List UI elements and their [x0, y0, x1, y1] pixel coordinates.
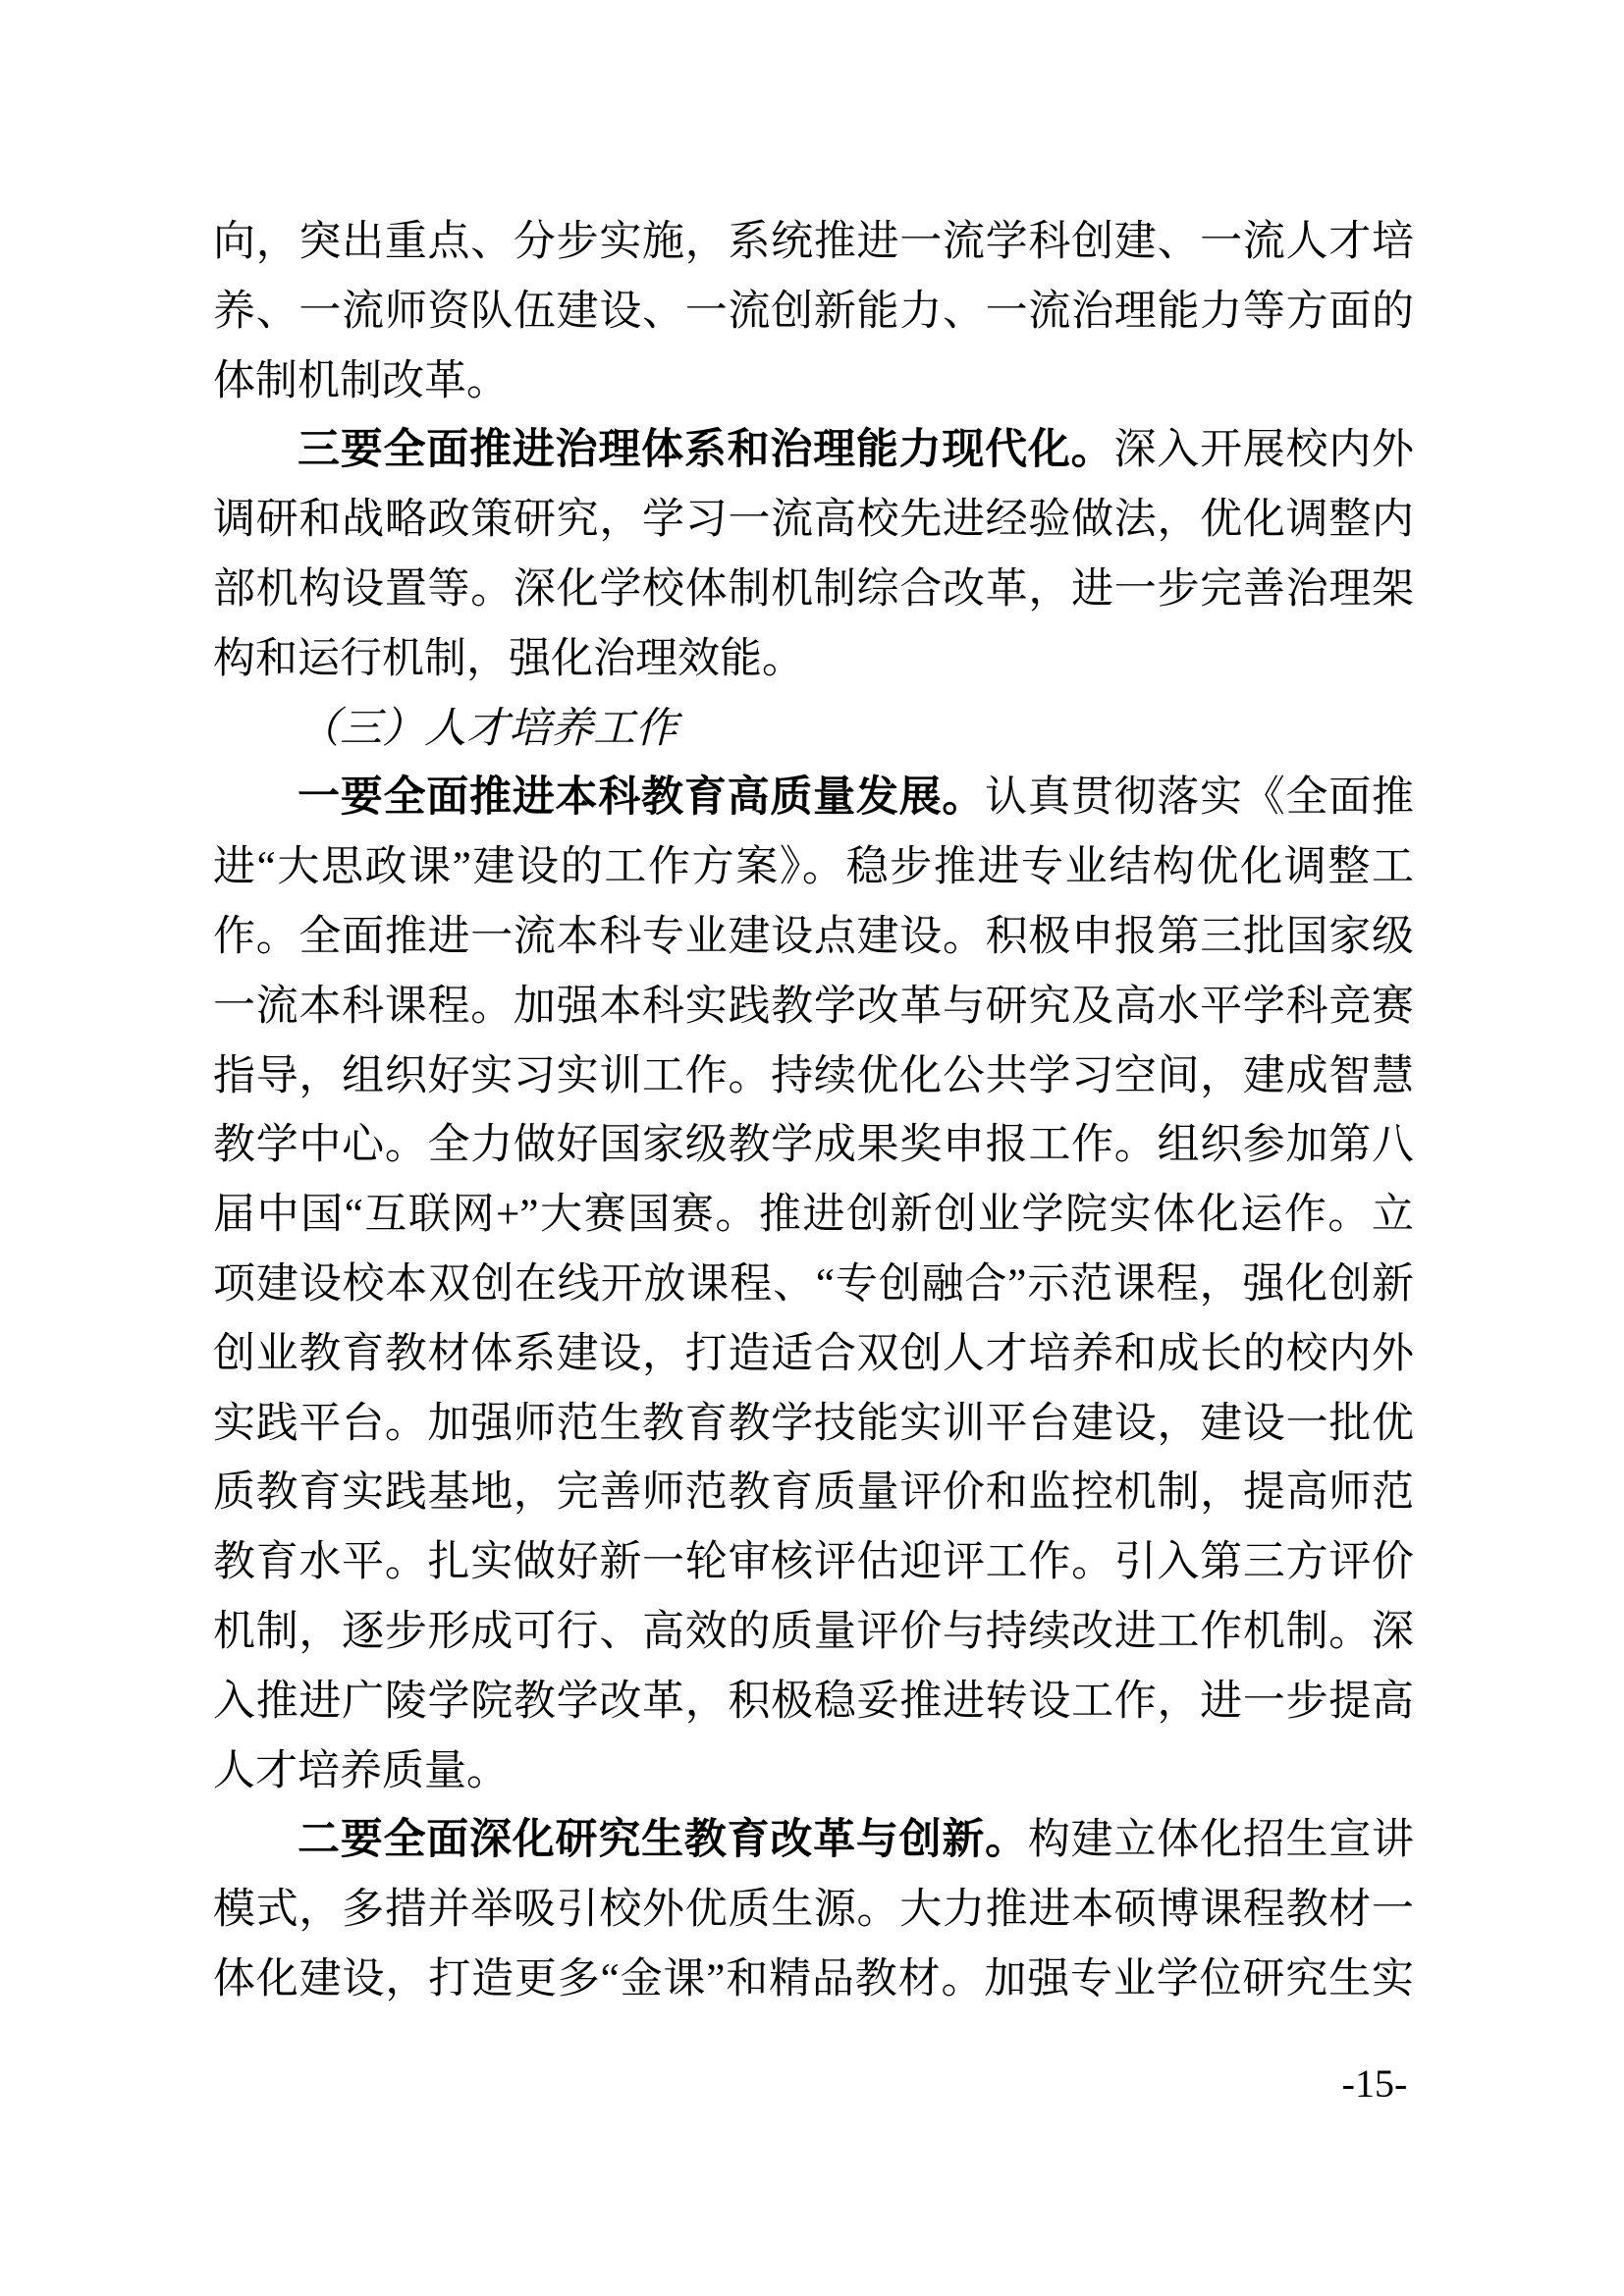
text-segment-normal: 机制，逐步形成可行、高效的质量评价与持续改进工作机制。深 [213, 1609, 1414, 1655]
text-segment-normal: 届中国“互联网+”大赛国赛。推进创新创业学院实体化运作。立 [213, 1192, 1414, 1238]
text-segment-normal: 作。全面推进一流本科专业建设点建设。积极申报第三批国家级 [213, 914, 1414, 960]
text-segment-normal: 创业教育教材体系建设，打造适合双创人才培养和成长的校内外 [213, 1331, 1414, 1377]
text-segment-normal: 调研和战略政策研究，学习一流高校先进经验做法，优化调整内 [213, 497, 1414, 543]
text-segment-normal: 教育水平。扎实做好新一轮审核评估迎评工作。引入第三方评价 [213, 1539, 1414, 1585]
text-line: 届中国“互联网+”大赛国赛。推进创新创业学院实体化运作。立 [213, 1181, 1414, 1251]
text-segment-normal: 教学中心。全力做好国家级教学成果奖申报工作。组织参加第八 [213, 1122, 1414, 1168]
text-segment-normal: 入推进广陵学院教学改革，积极稳妥推进转设工作，进一步提高 [213, 1679, 1414, 1725]
text-line: 教学中心。全力做好国家级教学成果奖申报工作。组织参加第八 [213, 1111, 1414, 1181]
text-line: 三要全面推进治理体系和治理能力现代化。深入开展校内外 [213, 416, 1414, 486]
text-line: 调研和战略政策研究，学习一流高校先进经验做法，优化调整内 [213, 486, 1414, 556]
text-line: 体制机制改革。 [213, 347, 1414, 417]
text-segment-normal: 指导，组织好实习实训工作。持续优化公共学习空间，建成智慧 [213, 1053, 1414, 1099]
text-segment-normal: 向，突出重点、分步实施，系统推进一流学科创建、一流人才培 [213, 219, 1414, 265]
text-segment-normal: 人才培养质量。 [213, 1748, 509, 1794]
text-line: 养、一流师资队伍建设、一流创新能力、一流治理能力等方面的 [213, 278, 1414, 347]
text-segment-normal: 构和运行机制，强化治理效能。 [213, 636, 804, 682]
text-line: 二要全面深化研究生教育改革与创新。构建立体化招生宣讲 [213, 1806, 1414, 1876]
text-segment-normal: 一流本科课程。加强本科实践教学改革与研究及高水平学科竞赛 [213, 984, 1414, 1030]
text-line: 教育水平。扎实做好新一轮审核评估迎评工作。引入第三方评价 [213, 1528, 1414, 1598]
text-segment-normal: 项建设校本双创在线开放课程、“专创融合”示范课程，强化创新 [213, 1261, 1414, 1308]
text-line: 质教育实践基地，完善师范教育质量评价和监控机制，提高师范 [213, 1459, 1414, 1528]
page-number: -15- [1326, 2059, 1424, 2109]
section-heading-line: （三）人才培养工作 [213, 695, 1414, 765]
text-segment-normal: 体化建设，打造更多“金课”和精品教材。加强专业学位研究生实 [213, 1956, 1414, 2002]
text-segment-normal: 体制机制改革。 [213, 358, 509, 404]
text-segment-normal: 质教育实践基地，完善师范教育质量评价和监控机制，提高师范 [213, 1469, 1414, 1516]
text-segment-bold: 三要全面推进治理体系和治理能力现代化。 [298, 427, 1113, 473]
text-segment-bold: 一要全面推进本科教育高质量发展。 [298, 774, 985, 821]
text-line: 作。全面推进一流本科专业建设点建设。积极申报第三批国家级 [213, 903, 1414, 973]
text-line: 实践平台。加强师范生教育教学技能实训平台建设，建设一批优 [213, 1390, 1414, 1460]
text-line: 构和运行机制，强化治理效能。 [213, 625, 1414, 695]
text-segment-normal: 部机构设置等。深化学校体制机制综合改革，进一步完善治理架 [213, 566, 1414, 613]
text-line: 体化建设，打造更多“金课”和精品教材。加强专业学位研究生实 [213, 1946, 1414, 2015]
text-line: 一要全面推进本科教育高质量发展。认真贯彻落实《全面推 [213, 764, 1414, 833]
text-line: 一流本科课程。加强本科实践教学改革与研究及高水平学科竞赛 [213, 973, 1414, 1042]
text-segment-normal: 认真贯彻落实《全面推 [985, 774, 1414, 821]
text-line: 向，突出重点、分步实施，系统推进一流学科创建、一流人才培 [213, 208, 1414, 278]
text-segment-normal: 实践平台。加强师范生教育教学技能实训平台建设，建设一批优 [213, 1401, 1414, 1447]
text-line: 模式，多措并举吸引校外优质生源。大力推进本硕博课程教材一 [213, 1876, 1414, 1946]
text-segment-normal: 养、一流师资队伍建设、一流创新能力、一流治理能力等方面的 [213, 289, 1414, 335]
text-line: 机制，逐步形成可行、高效的质量评价与持续改进工作机制。深 [213, 1598, 1414, 1668]
text-segment-bold: 二要全面深化研究生教育改革与创新。 [298, 1817, 1028, 1863]
document-page: 向，突出重点、分步实施，系统推进一流学科创建、一流人才培养、一流师资队伍建设、一… [0, 0, 1624, 2296]
text-segment-normal: 构建立体化招生宣讲 [1028, 1817, 1414, 1863]
text-line: 进“大思政课”建设的工作方案》。稳步推进专业结构优化调整工 [213, 833, 1414, 903]
text-segment-normal: 模式，多措并举吸引校外优质生源。大力推进本硕博课程教材一 [213, 1887, 1414, 1933]
text-line: 部机构设置等。深化学校体制机制综合改革，进一步完善治理架 [213, 556, 1414, 625]
text-segment-normal: 深入开展校内外 [1113, 427, 1414, 473]
document-text-block: 向，突出重点、分步实施，系统推进一流学科创建、一流人才培养、一流师资队伍建设、一… [213, 208, 1414, 2015]
text-line: 创业教育教材体系建设，打造适合双创人才培养和成长的校内外 [213, 1320, 1414, 1390]
text-line: 人才培养质量。 [213, 1737, 1414, 1807]
text-line: 项建设校本双创在线开放课程、“专创融合”示范课程，强化创新 [213, 1251, 1414, 1320]
text-segment-normal: 进“大思政课”建设的工作方案》。稳步推进专业结构优化调整工 [213, 844, 1414, 890]
text-line: 入推进广陵学院教学改革，积极稳妥推进转设工作，进一步提高 [213, 1668, 1414, 1737]
text-segment-kai: （三）人才培养工作 [298, 706, 677, 752]
text-line: 指导，组织好实习实训工作。持续优化公共学习空间，建成智慧 [213, 1042, 1414, 1112]
